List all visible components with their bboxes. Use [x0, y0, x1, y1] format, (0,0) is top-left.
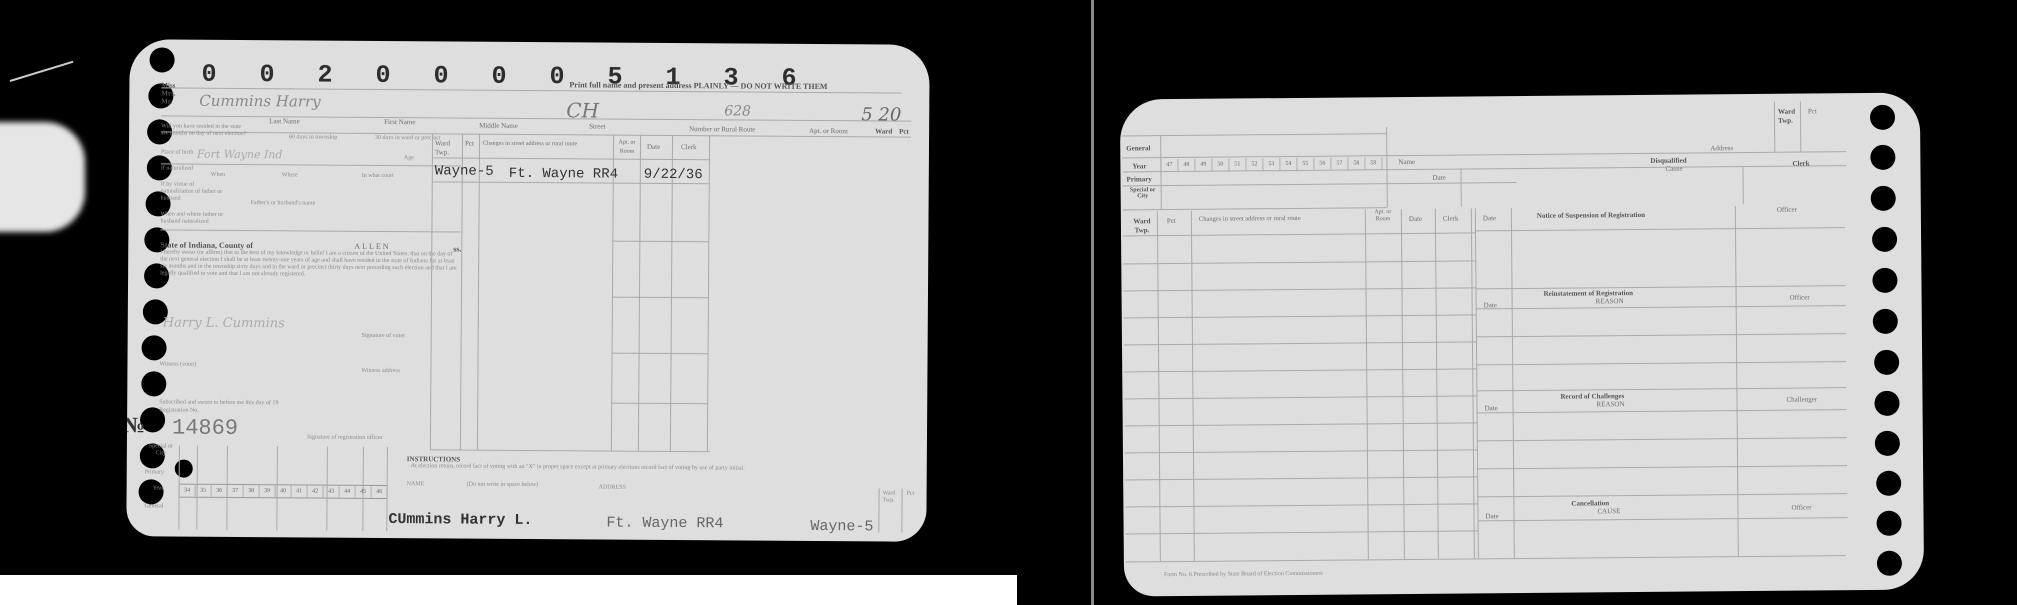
voter-registration-card-back: General Year Primary Special or City 47 … — [1120, 93, 1924, 597]
year-cell: 36 — [212, 485, 228, 497]
rule — [1742, 166, 1743, 204]
punch-hole-icon — [1877, 551, 1902, 576]
punch-hole-icon — [1874, 350, 1899, 375]
rule — [1478, 517, 1848, 521]
rule — [1124, 287, 1476, 291]
punch-hole-icon — [1876, 511, 1901, 536]
year-cell: 44 — [340, 486, 356, 498]
year-cell: 57 — [1331, 158, 1348, 170]
change-ward: Wayne-5 — [435, 163, 494, 179]
year-cell: 48 — [1178, 159, 1195, 171]
rule — [1476, 305, 1846, 309]
col-pct: Pct — [465, 140, 474, 149]
year-cell: 53 — [1263, 158, 1280, 170]
naturalized-label: If naturalized — [161, 165, 211, 172]
label-last-name: Last Name — [269, 117, 300, 126]
rule — [1125, 422, 1477, 426]
pct-label: Pct — [1808, 107, 1817, 116]
label-apt: Apt. or Room — [809, 127, 848, 136]
rule — [1124, 395, 1476, 399]
punch-hole-icon — [175, 460, 193, 478]
row-primary: Primary — [145, 469, 164, 476]
rule — [1126, 530, 1478, 534]
col-ward-twp: Ward Twp. — [1129, 217, 1155, 235]
col-date: Date — [647, 143, 660, 152]
rule — [1386, 165, 1846, 170]
father-name-label: Father's or husband's name — [251, 200, 316, 207]
change-date: 9/22/36 — [644, 167, 703, 183]
year-cell: 41 — [292, 485, 308, 497]
change-address: Ft. Wayne RR4 — [509, 166, 618, 183]
year-cell: 34 — [180, 485, 196, 497]
label-number: Number or Rural Route — [689, 125, 755, 134]
year-cell: 55 — [1297, 158, 1314, 170]
rule — [1476, 361, 1846, 365]
rule — [1124, 368, 1476, 372]
suspension-date: Date — [1483, 214, 1496, 223]
punch-hole-icon — [1872, 268, 1897, 293]
number-sign: № — [126, 413, 145, 437]
year-cell: 51 — [1229, 158, 1246, 170]
registration-no-label: Registration No. — [159, 407, 199, 414]
reinstatement-officer: Officer — [1790, 293, 1810, 302]
rule — [878, 488, 879, 532]
county: ALLEN — [354, 242, 390, 251]
punch-hole-icon — [1876, 471, 1901, 496]
year-cell: 58 — [1348, 157, 1365, 169]
ward-pct-value: 5 20 — [861, 104, 901, 125]
row-primary: Primary — [1127, 175, 1152, 184]
rule — [1476, 387, 1846, 391]
rule — [1477, 409, 1847, 413]
rule — [1160, 135, 1162, 209]
rule — [1123, 260, 1475, 264]
rule — [1386, 127, 1388, 207]
year-cell: 59 — [1365, 157, 1382, 169]
punch-hole-icon — [1872, 227, 1897, 252]
rule — [430, 449, 710, 452]
suspension-title: Notice of Suspension of Registration — [1537, 211, 1645, 221]
father-naturalized-label: When and where father or husband natural… — [160, 211, 230, 225]
label-ward: Ward — [875, 127, 892, 136]
year-cell: 47 — [1161, 159, 1178, 171]
footer-ward-label: Ward Twp. — [883, 490, 901, 504]
punch-hole-icon — [1874, 391, 1899, 416]
rule — [1386, 151, 1846, 156]
rule — [1387, 182, 1517, 184]
row-special-city: Special or City — [145, 443, 177, 457]
punch-hole-icon — [150, 47, 175, 72]
col-date: Date — [1409, 215, 1422, 224]
rule — [1476, 333, 1846, 337]
challenges-challenger: Challenger — [1786, 395, 1817, 404]
footer-typed-address: Ft. Wayne RR4 — [606, 515, 723, 533]
naturalized-where: Where — [282, 172, 298, 179]
year-cell: 40 — [276, 485, 292, 497]
row-general: General — [144, 503, 163, 510]
cancellation-cause: CAUSE — [1597, 507, 1620, 516]
rule — [1123, 183, 1387, 186]
rule — [612, 241, 708, 243]
year-cell: 39 — [260, 485, 276, 497]
disqualified-date: Date — [1433, 174, 1446, 183]
rule — [612, 353, 708, 355]
instructions-text: At election return, record fact of votin… — [411, 463, 851, 473]
challenges-reason: REASON — [1596, 400, 1624, 409]
year-cell: 49 — [1195, 159, 1212, 171]
rule — [1800, 102, 1801, 152]
father-label: If by virtue of naturalization of father… — [161, 181, 227, 202]
punch-hole-icon — [142, 335, 167, 360]
rule — [1476, 285, 1846, 289]
rule — [1511, 208, 1515, 558]
punch-hole-icon — [1870, 105, 1895, 130]
suspension-officer: Officer — [1777, 206, 1797, 215]
rule — [1126, 555, 1846, 562]
rule — [161, 131, 911, 137]
residence-question: Will you have resided in the state six m… — [161, 123, 247, 138]
footer-typed-name: CUmmins Harry L. — [388, 511, 532, 529]
footer-typed-ward: Wayne-5 — [810, 518, 873, 535]
rule — [1477, 465, 1847, 469]
scratch-mark — [10, 61, 74, 82]
rule — [611, 403, 707, 405]
rule — [1123, 207, 1387, 210]
witness-address-label: Witness address — [361, 368, 400, 375]
rule — [1475, 227, 1845, 231]
label-street: Street — [589, 122, 605, 131]
rule — [1125, 449, 1477, 453]
scan-divider — [1091, 0, 1094, 605]
punch-hole-icon — [141, 371, 166, 396]
punch-hole-icon — [1875, 431, 1900, 456]
footer-address-label: ADDRESS — [599, 484, 626, 491]
rule — [612, 297, 708, 299]
rule — [160, 229, 460, 232]
name-label: Name — [1398, 158, 1415, 167]
voter-registration-card-front: 0 0 2 0 0 0 0 5 1 3 6 Print full name an… — [126, 39, 929, 542]
year-cell: 50 — [1212, 159, 1229, 171]
birth-label: Place of birth — [161, 149, 201, 156]
col-apt: Apt. or Room — [1368, 209, 1398, 223]
row-year: Year — [153, 485, 164, 492]
row-special-city: Special or City — [1127, 187, 1159, 199]
col-apt: Apt. or Room — [616, 139, 638, 157]
year-cell: 56 — [1314, 158, 1331, 170]
witness-label: Witness (voter) — [159, 361, 196, 368]
year-cell: 37 — [228, 485, 244, 497]
handwritten-birth: Fort Wayne Ind — [197, 148, 283, 162]
age-label: Age — [404, 155, 414, 162]
rule — [1475, 208, 1479, 558]
disqualified-clerk: Clerk — [1792, 159, 1809, 168]
title-mr: Mr. — [161, 97, 172, 106]
year-cell: 52 — [1246, 158, 1263, 170]
registrar-signature-label: Signature of registration officer — [307, 434, 383, 442]
rule — [1735, 206, 1739, 556]
naturalized-court: In what court — [362, 173, 394, 180]
rule — [1125, 476, 1477, 480]
header-instruction: Print full name and present address PLAI… — [569, 80, 827, 91]
col-changes: Changes in street address or rural route — [483, 140, 577, 150]
voter-signature: Harry L. Cummins — [163, 315, 285, 331]
rule — [1460, 169, 1461, 207]
row-general: General — [1126, 144, 1150, 153]
rule — [1124, 314, 1476, 318]
rule — [432, 157, 709, 160]
rule — [1125, 503, 1477, 507]
col-clerk: Clerk — [681, 143, 697, 152]
blurred-object — [0, 122, 85, 232]
reinstatement-reason: REASON — [1596, 297, 1624, 306]
handwritten-name: Cummins Harry — [199, 92, 320, 111]
row-year: Year — [1132, 162, 1146, 171]
col-clerk: Clerk — [1443, 215, 1459, 224]
label-first-name: First Name — [384, 118, 415, 127]
footer-pct-label: Pct — [907, 491, 915, 498]
footer-do-not-write: (Do not write in space below) — [467, 482, 539, 489]
sixty-days-label: 60 days in township — [289, 134, 349, 141]
white-margin-block — [0, 575, 1017, 605]
punch-hole-icon — [1873, 309, 1898, 334]
year-cell: 35 — [196, 485, 212, 497]
col-pct: Pct — [1167, 217, 1176, 226]
year-cell: 38 — [244, 485, 260, 497]
label-pct: Pct — [899, 128, 909, 137]
col-ward-twp: Ward Twp. — [435, 139, 461, 157]
ward-twp-label: Ward Twp. — [1778, 108, 1798, 126]
year-cell: 54 — [1280, 158, 1297, 170]
year-cell: 46 — [372, 486, 388, 498]
label-middle-name: Middle Name — [479, 122, 518, 131]
col-changes: Changes in street address or rural route — [1199, 214, 1301, 224]
rule — [1477, 437, 1847, 441]
rule — [1774, 102, 1775, 152]
rule — [1124, 341, 1476, 345]
registration-number: 14869 — [172, 416, 238, 441]
punch-hole-icon — [1871, 186, 1896, 211]
handwritten-number: 628 — [724, 103, 751, 119]
oath-text: I hereby swear (or affirm) that to the b… — [160, 249, 460, 279]
naturalized-when: When — [211, 172, 225, 179]
footer-name-label: NAME — [407, 481, 425, 488]
year-grid-left: 34 35 36 37 38 39 40 41 42 43 44 45 46 — [179, 484, 388, 499]
rule — [1122, 133, 1386, 136]
signature-label: Signature of voter — [362, 333, 405, 340]
rule — [1123, 232, 1475, 236]
punch-hole-icon — [1870, 145, 1895, 170]
rule — [901, 489, 902, 533]
cancellation-officer: Officer — [1791, 503, 1811, 512]
year-cell: 42 — [308, 485, 324, 497]
year-grid-right: 47 48 49 50 51 52 53 54 55 56 57 58 59 — [1160, 157, 1382, 171]
form-footer: Form No. 6 Prescribed by State Board of … — [1164, 570, 1323, 580]
rule — [1477, 493, 1847, 497]
